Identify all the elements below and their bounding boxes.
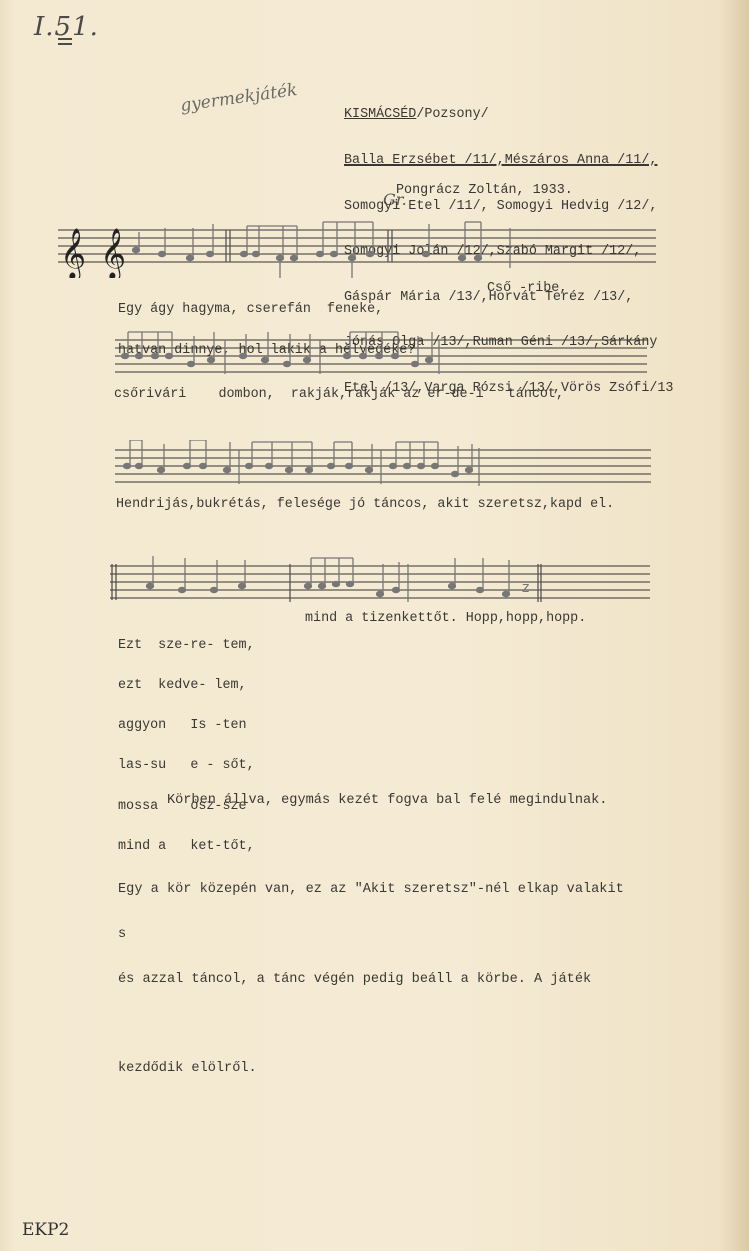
staff-2-notation: [115, 330, 655, 378]
lyric-line: Egy ágy hagyma, cserefán feneke,: [118, 303, 415, 317]
genre-note: gyermekjáték: [179, 80, 298, 116]
music-staff-4: z: [110, 554, 670, 606]
lyric-line: ezt kedve- lem,: [118, 679, 255, 692]
music-staff-3: [115, 440, 655, 488]
treble-clef-icon: 𝄞: [60, 228, 86, 278]
lyric-line: aggyon Is -ten: [118, 719, 255, 732]
staff-2-lyrics: csőrivári dombon, rakják,rakják az er-de…: [114, 388, 564, 402]
place-region: /Pozsony/: [416, 107, 488, 122]
archive-mark: EKP2: [22, 1220, 69, 1240]
staff-1-notation: 𝄞 𝄞: [58, 218, 658, 278]
collector-line: Pongrácz Zoltán, 1933.: [396, 183, 573, 198]
description-line: s: [118, 927, 624, 942]
catalog-number: I.51.: [34, 12, 99, 45]
lyric-line: Ezt sze-re- tem,: [118, 639, 255, 652]
staff-3-lyrics: Hendrijás,bukrétás, felesége jó táncos, …: [116, 498, 614, 512]
game-description: Körben állva, egymás kezét fogva bal fel…: [118, 763, 624, 1091]
staff-4-notation: z: [110, 554, 670, 606]
rest-icon: z: [522, 580, 529, 596]
svg-text:𝄞: 𝄞: [100, 228, 126, 278]
description-line: és azzal táncol, a tánc végén pedig beál…: [118, 972, 624, 987]
description-line: Körben állva, egymás kezét fogva bal fel…: [118, 793, 624, 808]
music-staff-1: 𝄞 𝄞: [58, 218, 658, 278]
place-name: KISMÁCSÉD: [344, 107, 416, 122]
description-line: kezdődik elölről.: [118, 1061, 624, 1076]
staff-1-lyrics-right: Cső -ribe,: [487, 282, 567, 296]
staff-4-lyrics-right: mind a tizenkettőt. Hopp,hopp,hopp.: [305, 612, 586, 626]
performer-line: Somogyi Etel /11/, Somogyi Hedvig /12/,: [344, 199, 673, 214]
staff-3-notation: [115, 440, 655, 488]
place-line: KISMÁCSÉD/Pozsony/: [344, 107, 673, 122]
performer-line: Balla Erzsébet /11/,Mészáros Anna /11/,: [344, 153, 673, 168]
music-staff-2: [115, 330, 655, 378]
description-line: Egy a kör közepén van, ez az "Akit szere…: [118, 882, 624, 897]
